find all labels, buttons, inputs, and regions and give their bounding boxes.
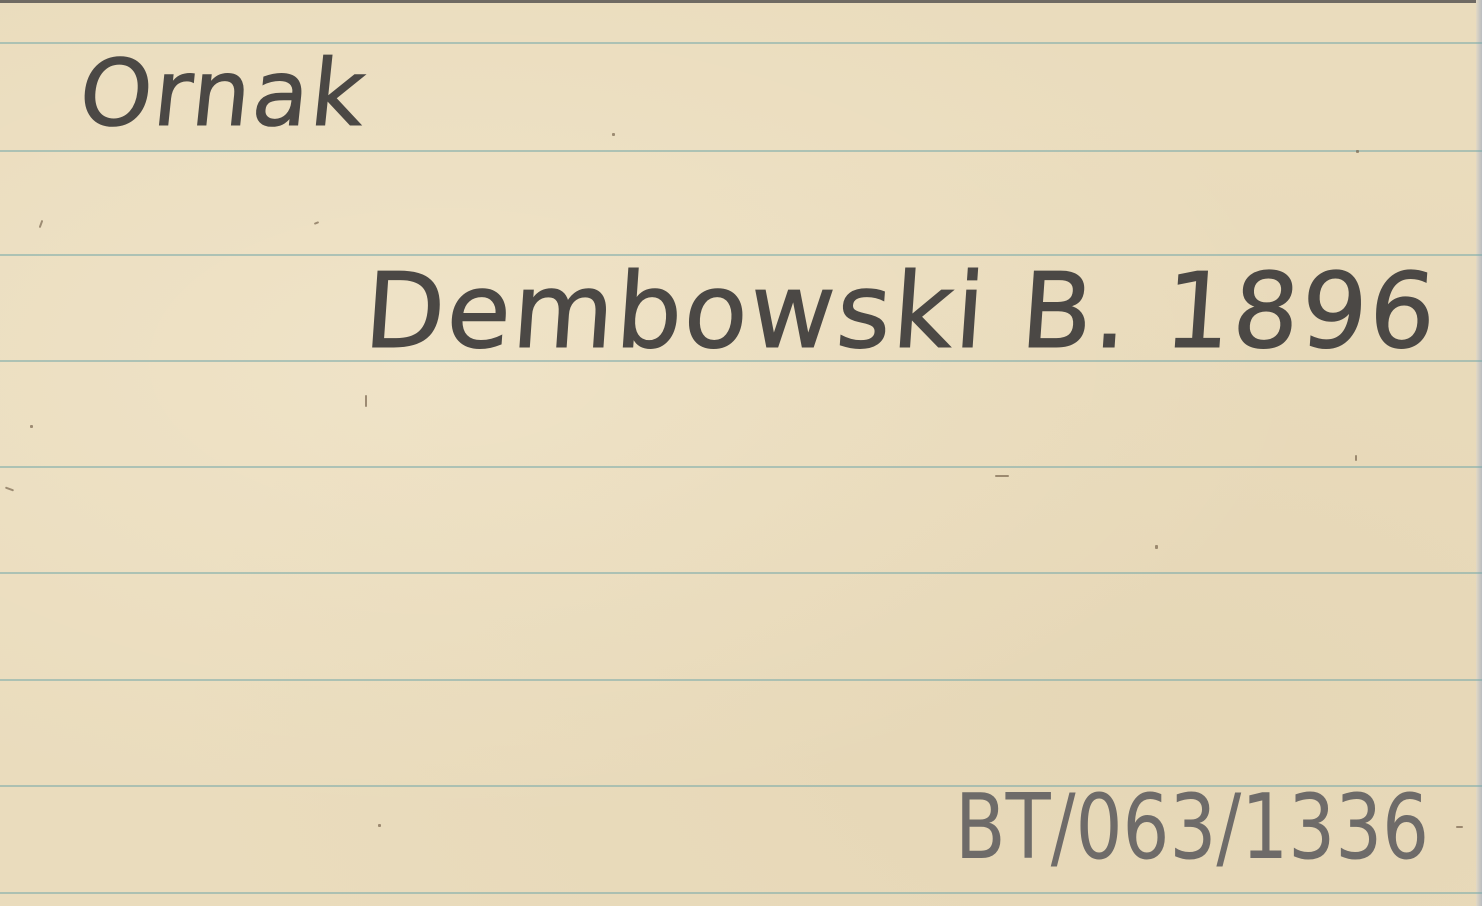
paper-fleck <box>612 133 615 136</box>
paper-fleck <box>365 395 367 407</box>
card-entry: Dembowski B. 1896 <box>361 250 1442 372</box>
ruled-line <box>0 892 1482 894</box>
paper-fleck <box>1356 150 1359 153</box>
paper-fleck <box>995 475 1009 477</box>
ruled-line <box>0 572 1482 574</box>
card-top-edge <box>0 0 1482 3</box>
card-right-edge <box>1476 0 1482 906</box>
paper-fleck <box>5 487 14 492</box>
paper-fleck <box>1456 826 1463 828</box>
paper-fleck <box>1355 455 1357 461</box>
ruled-line <box>0 150 1482 152</box>
reference-number: BT/063/1336 <box>955 775 1429 880</box>
ruled-line <box>0 679 1482 681</box>
paper-fleck <box>378 824 381 827</box>
paper-fleck <box>1155 545 1158 549</box>
paper-fleck <box>39 220 44 228</box>
paper-fleck <box>30 425 33 428</box>
ruled-line <box>0 466 1482 468</box>
index-card: Ornak Dembowski B. 1896 BT/063/1336 <box>0 0 1482 906</box>
card-heading: Ornak <box>74 40 372 147</box>
paper-fleck <box>314 221 319 225</box>
